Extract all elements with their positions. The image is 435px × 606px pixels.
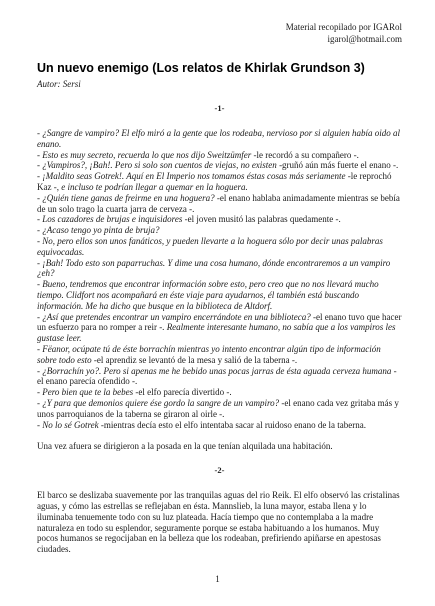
dialogue-text: - ¡Bah! Todo esto son paparruchas. Y dim… xyxy=(37,258,390,279)
dialogue-text: - ¿Y para que demonios quiere ése gordo … xyxy=(37,398,279,408)
story-paragraph: - No, pero ellos son unos fanáticos, y p… xyxy=(37,236,402,258)
dialogue-text: - ¡Maldito seas Gotrek!. Aquí en El Impe… xyxy=(37,171,345,181)
story-paragraph: - No lo sé Gotrek -mientras decía esto e… xyxy=(37,420,402,431)
dialogue-text: - ¿Acaso tengo yo pinta de bruja? xyxy=(37,225,159,235)
dialogue-text: - ¿Sangre de vampiro? El elfo miró a la … xyxy=(37,128,400,149)
dialogue-text: - No lo sé Gotrek xyxy=(37,420,99,430)
document-page: Material recopilado por IGARol igarol@ho… xyxy=(0,0,435,606)
story-paragraph: Una vez afuera se dirigieron a la posada… xyxy=(37,441,402,452)
dialogue-text: - Los cazadores de brujas e inquisidores xyxy=(37,214,182,224)
story-paragraph: - Fëanor, ocúpate tú de éste borrachín m… xyxy=(37,344,402,366)
story-paragraph: - Bueno, tendremos que encontrar informa… xyxy=(37,279,402,311)
author-line: Autor: Sersi xyxy=(37,79,402,90)
dialogue-text: e incluso te podrían llegar a quemar en … xyxy=(59,182,248,192)
narration-text: -el elfo parecía divertido -. xyxy=(133,387,231,397)
dialogue-text: - Esto es muy secreto, recuerda lo que n… xyxy=(37,150,251,160)
dialogue-text: - No, pero ellos son unos fanáticos, y p… xyxy=(37,236,383,257)
story-paragraph: - ¿Borrachín yo?. Pero si apenas me he b… xyxy=(37,366,402,388)
dialogue-text: - ¿Vampiros?, ¡Bah!. Pero si solo son cu… xyxy=(37,160,277,170)
story-paragraph: - ¡Bah! Todo esto son paparruchas. Y dim… xyxy=(37,258,402,280)
story-paragraph: - Pero bien que te la bebes -el elfo par… xyxy=(37,387,402,398)
story-paragraph: - ¿Acaso tengo yo pinta de bruja? xyxy=(37,225,402,236)
dialogue-text: - ¿Quién tiene ganas de freirme en una h… xyxy=(37,193,215,203)
header-line-2: igarol@hotmail.com xyxy=(37,34,402,46)
story-paragraph: - Esto es muy secreto, recuerda lo que n… xyxy=(37,150,402,161)
story-paragraph: - ¿Y para que demonios quiere ése gordo … xyxy=(37,398,402,420)
story-paragraph: - ¿Así que pretendes encontrar un vampir… xyxy=(37,312,402,344)
story-paragraph: - ¿Sangre de vampiro? El elfo miró a la … xyxy=(37,128,402,150)
page-number: 1 xyxy=(0,574,435,584)
dialogue-text: - Bueno, tendremos que encontrar informa… xyxy=(37,279,379,311)
story-paragraph: - ¿Quién tiene ganas de freirme en una h… xyxy=(37,193,402,215)
narration-text: -le recordó a su compañero -. xyxy=(251,150,359,160)
story-paragraph: - Los cazadores de brujas e inquisidores… xyxy=(37,214,402,225)
narration-text: Una vez afuera se dirigieron a la posada… xyxy=(37,441,333,451)
section-marker: -2- xyxy=(37,465,402,475)
page-title: Un nuevo enemigo (Los relatos de Khirlak… xyxy=(37,61,402,76)
narration-text: -el joven musitó las palabras quedamente… xyxy=(182,214,340,224)
dialogue-text: - ¿Así que pretendes encontrar un vampir… xyxy=(37,312,311,322)
dialogue-text: - ¿Borrachín yo?. Pero si apenas me he b… xyxy=(37,366,391,376)
document-header: Material recopilado por IGARol igarol@ho… xyxy=(37,22,402,45)
story-paragraph: - ¡Maldito seas Gotrek!. Aquí en El Impe… xyxy=(37,171,402,193)
story-paragraph: - ¿Vampiros?, ¡Bah!. Pero si solo son cu… xyxy=(37,160,402,171)
narration-text: El barco se deslizaba suavemente por las… xyxy=(37,490,400,554)
narration-text: -mientras decía esto el elfo intentaba s… xyxy=(99,420,366,430)
story: -1-- ¿Sangre de vampiro? El elfo miró a … xyxy=(37,103,402,555)
header-line-1: Material recopilado por IGARol xyxy=(37,22,402,34)
story-paragraph: El barco se deslizaba suavemente por las… xyxy=(37,490,402,555)
dialogue-text: - Pero bien que te la bebes xyxy=(37,387,133,397)
narration-text: -el aprendiz se levantó de la mesa y sal… xyxy=(92,355,297,365)
section-marker: -1- xyxy=(37,103,402,113)
narration-text: -gruñó aún más fuerte el enano -. xyxy=(277,160,398,170)
